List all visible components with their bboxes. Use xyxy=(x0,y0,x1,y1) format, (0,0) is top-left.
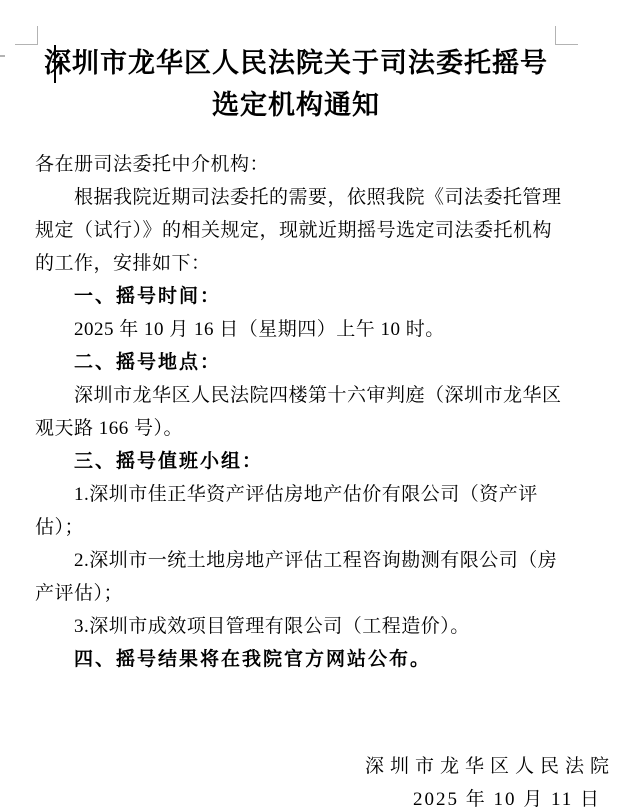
document-title-line1: 深圳市龙华区人民法院关于司法委托摇号 xyxy=(35,42,557,84)
intro-line: 的工作，安排如下： xyxy=(35,247,559,280)
document-title-line2: 选定机构通知 xyxy=(35,84,557,126)
intro-line: 规定（试行）》的相关规定，现就近期摇号选定司法委托机构 xyxy=(35,214,559,247)
section3-heading: 三、摇号值班小组： xyxy=(35,445,559,478)
signature-org: 深圳市龙华区人民法院 xyxy=(215,750,615,783)
signature-block: 深圳市龙华区人民法院 2025 年 10 月 11 日 xyxy=(215,750,615,809)
section3-item1-line: 估）； xyxy=(35,511,559,544)
margin-crop-mark-top-right-icon xyxy=(555,26,578,45)
section2-body-line: 深圳市龙华区人民法院四楼第十六审判庭（深圳市龙华区 xyxy=(35,379,559,412)
document-body: 各在册司法委托中介机构： 根据我院近期司法委托的需要，依照我院《司法委托管理 规… xyxy=(35,148,559,676)
salutation: 各在册司法委托中介机构： xyxy=(35,148,559,181)
section3-item1-line: 1.深圳市佳正华资产评估房地产估价有限公司（资产评 xyxy=(35,478,559,511)
section2-body-line: 观天路 166 号）。 xyxy=(35,412,559,445)
section3-item2-line: 2.深圳市一统土地房地产评估工程咨询勘测有限公司（房 xyxy=(35,544,559,577)
document-page[interactable]: 深圳市龙华区人民法院关于司法委托摇号 选定机构通知 各在册司法委托中介机构： 根… xyxy=(0,0,617,809)
intro-line: 根据我院近期司法委托的需要，依照我院《司法委托管理 xyxy=(35,181,559,214)
section4-heading: 四、摇号结果将在我院官方网站公布。 xyxy=(35,643,559,676)
signature-date: 2025 年 10 月 11 日 xyxy=(215,783,615,809)
section1-body: 2025 年 10 月 16 日（星期四）上午 10 时。 xyxy=(35,313,559,346)
section1-heading: 一、摇号时间： xyxy=(35,280,559,313)
left-edge-tick-icon xyxy=(0,55,5,57)
section3-item3-line: 3.深圳市成效项目管理有限公司（工程造价）。 xyxy=(35,610,559,643)
section3-item2-line: 产评估）； xyxy=(35,577,559,610)
section2-heading: 二、摇号地点： xyxy=(35,346,559,379)
document-title: 深圳市龙华区人民法院关于司法委托摇号 选定机构通知 xyxy=(35,42,557,126)
